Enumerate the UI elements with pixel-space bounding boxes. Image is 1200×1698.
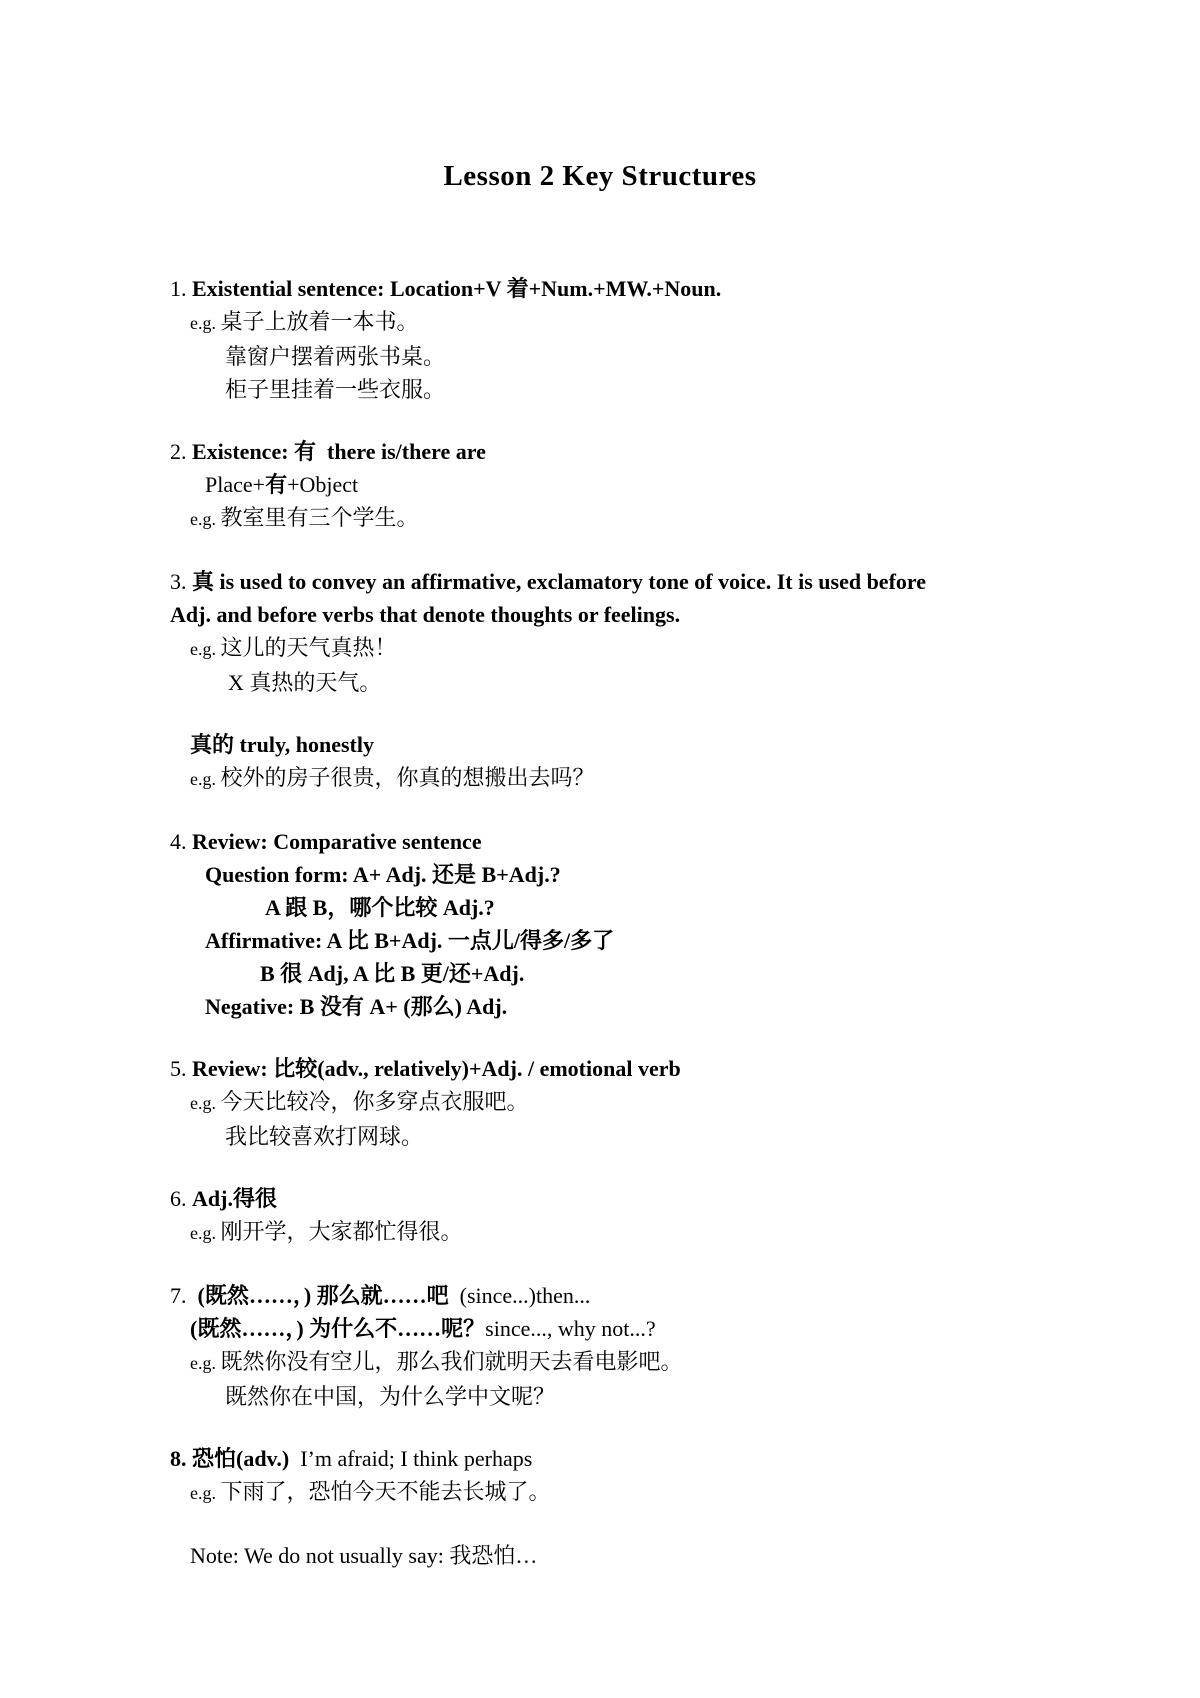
bold-text: Existential sentence: Location+V 着+Num.+… bbox=[192, 276, 721, 301]
body-text: 柜子里挂着一些衣服。 bbox=[225, 377, 445, 402]
body-text: 2. bbox=[170, 439, 192, 464]
eg-label: e.g. bbox=[190, 1223, 221, 1243]
bold-text: 真的 bbox=[190, 732, 234, 757]
document-title: Lesson 2 Key Structures bbox=[0, 160, 1200, 193]
section-existential-sentence: 1. Existential sentence: Location+V 着+Nu… bbox=[170, 272, 1170, 406]
text-line: 我比较喜欢打网球。 bbox=[225, 1120, 1170, 1153]
body-text: 6. bbox=[170, 1186, 192, 1211]
section-jiran-since: 7. (既然……，) 那么就……吧 (since...)then...(既然……… bbox=[170, 1279, 1170, 1413]
body-text: I’m afraid; I think perhaps bbox=[289, 1446, 532, 1471]
text-line: Adj. and before verbs that denote though… bbox=[170, 598, 1170, 631]
bold-text: 8. 恐怕(adv.) bbox=[170, 1446, 289, 1471]
body-text: 3. bbox=[170, 569, 192, 594]
body-text: X 真热的天气。 bbox=[228, 670, 381, 695]
text-line: 6. Adj.得很 bbox=[170, 1182, 1170, 1215]
section-zhende-truly: 真的 truly, honestlye.g. 校外的房子很贵，你真的想搬出去吗？ bbox=[170, 728, 1170, 796]
section-existence-you: 2. Existence: 有 there is/there arePlace+… bbox=[170, 435, 1170, 536]
body-text: Place+ bbox=[205, 472, 265, 497]
text-line: 既然你在中国，为什么学中文呢？ bbox=[225, 1380, 1170, 1413]
text-line: e.g. 既然你没有空儿，那么我们就明天去看电影吧。 bbox=[190, 1345, 1170, 1380]
bold-text: Adj. and before verbs that denote though… bbox=[170, 602, 680, 627]
eg-label: e.g. bbox=[190, 313, 221, 333]
text-line: A 跟 B，哪个比较 Adj.? bbox=[265, 891, 1170, 924]
bold-text: Existence: 有 there is/there are bbox=[192, 439, 486, 464]
text-line: 4. Review: Comparative sentence bbox=[170, 825, 1170, 858]
bold-text: A 跟 B，哪个比较 Adj.? bbox=[265, 895, 495, 920]
bold-text: Affirmative: A 比 B+Adj. 一点儿/得多/多了 bbox=[205, 928, 614, 953]
text-line: 靠窗户摆着两张书桌。 bbox=[225, 340, 1170, 373]
bold-text: 真 is used to convey an affirmative, excl… bbox=[192, 569, 926, 594]
eg-label: e.g. bbox=[190, 639, 221, 659]
body-text: 刚开学，大家都忙得很。 bbox=[221, 1219, 463, 1244]
body-text: 教室里有三个学生。 bbox=[221, 505, 419, 530]
eg-label: e.g. bbox=[190, 1483, 221, 1503]
bold-text: Adj.得很 bbox=[192, 1186, 277, 1211]
text-line: B 很 Adj, A 比 B 更/还+Adj. bbox=[260, 957, 1170, 990]
bold-text: truly, honestly bbox=[234, 732, 374, 757]
text-line: e.g. 今天比较冷，你多穿点衣服吧。 bbox=[190, 1085, 1170, 1120]
text-line: e.g. 教室里有三个学生。 bbox=[190, 501, 1170, 536]
section-adj-dehen: 6. Adj.得很e.g. 刚开学，大家都忙得很。 bbox=[170, 1182, 1170, 1250]
body-text: 下雨了，恐怕今天不能去长城了。 bbox=[221, 1479, 551, 1504]
text-line: X 真热的天气。 bbox=[228, 666, 1170, 699]
section-zhen-affirmative-tone: 3. 真 is used to convey an affirmative, e… bbox=[170, 565, 1170, 699]
section-note: Note: We do not usually say: 我恐怕… bbox=[170, 1539, 1170, 1572]
section-kongpa-afraid: 8. 恐怕(adv.) I’m afraid; I think perhapse… bbox=[170, 1442, 1170, 1510]
body-text: 这儿的天气真热！ bbox=[221, 635, 397, 660]
body-text: 7. bbox=[170, 1283, 198, 1308]
text-line: 2. Existence: 有 there is/there are bbox=[170, 435, 1170, 468]
eg-label: e.g. bbox=[190, 509, 221, 529]
body-text: 今天比较冷，你多穿点衣服吧。 bbox=[221, 1089, 529, 1114]
text-line: Place+有+Object bbox=[205, 468, 1170, 501]
text-line: e.g. 这儿的天气真热！ bbox=[190, 631, 1170, 666]
body-text: 4. bbox=[170, 829, 192, 854]
text-line: 柜子里挂着一些衣服。 bbox=[225, 373, 1170, 406]
body-text: 既然你在中国，为什么学中文呢？ bbox=[225, 1384, 555, 1409]
bold-text: Question form: A+ Adj. 还是 B+Adj.? bbox=[205, 862, 561, 887]
body-text: (since...)then... bbox=[449, 1283, 591, 1308]
text-line: Note: We do not usually say: 我恐怕… bbox=[190, 1539, 1170, 1572]
bold-text: (既然……，) 为什么不……呢？ bbox=[190, 1316, 485, 1341]
body-text: 靠窗户摆着两张书桌。 bbox=[225, 344, 445, 369]
text-line: 1. Existential sentence: Location+V 着+Nu… bbox=[170, 272, 1170, 305]
text-line: e.g. 刚开学，大家都忙得很。 bbox=[190, 1215, 1170, 1250]
bold-text: 有 bbox=[265, 472, 287, 497]
body-text: Note: We do not usually say: 我恐怕… bbox=[190, 1543, 537, 1568]
text-line: e.g. 桌子上放着一本书。 bbox=[190, 305, 1170, 340]
text-line: (既然……，) 为什么不……呢？since..., why not...? bbox=[190, 1312, 1170, 1345]
text-line: e.g. 下雨了，恐怕今天不能去长城了。 bbox=[190, 1475, 1170, 1510]
body-text: 我比较喜欢打网球。 bbox=[225, 1124, 423, 1149]
document-body: 1. Existential sentence: Location+V 着+Nu… bbox=[170, 272, 1170, 1601]
eg-label: e.g. bbox=[190, 769, 221, 789]
body-text: 桌子上放着一本书。 bbox=[221, 309, 419, 334]
body-text: 1. bbox=[170, 276, 192, 301]
text-line: e.g. 校外的房子很贵，你真的想搬出去吗？ bbox=[190, 761, 1170, 796]
body-text: 既然你没有空儿，那么我们就明天去看电影吧。 bbox=[221, 1349, 683, 1374]
eg-label: e.g. bbox=[190, 1093, 221, 1113]
body-text: 5. bbox=[170, 1056, 192, 1081]
text-line: 5. Review: 比较(adv., relatively)+Adj. / e… bbox=[170, 1052, 1170, 1085]
text-line: Affirmative: A 比 B+Adj. 一点儿/得多/多了 bbox=[205, 924, 1170, 957]
section-bijiao-review: 5. Review: 比较(adv., relatively)+Adj. / e… bbox=[170, 1052, 1170, 1153]
text-line: 7. (既然……，) 那么就……吧 (since...)then... bbox=[170, 1279, 1170, 1312]
bold-text: Review: 比较(adv., relatively)+Adj. / emot… bbox=[192, 1056, 681, 1081]
body-text: +Object bbox=[287, 472, 358, 497]
section-comparative-review: 4. Review: Comparative sentenceQuestion … bbox=[170, 825, 1170, 1023]
text-line: 8. 恐怕(adv.) I’m afraid; I think perhaps bbox=[170, 1442, 1170, 1475]
body-text: 校外的房子很贵，你真的想搬出去吗？ bbox=[221, 765, 595, 790]
text-line: Question form: A+ Adj. 还是 B+Adj.? bbox=[205, 858, 1170, 891]
body-text: since..., why not...? bbox=[485, 1316, 655, 1341]
eg-label: e.g. bbox=[190, 1353, 221, 1373]
bold-text: (既然……，) 那么就……吧 bbox=[198, 1283, 449, 1308]
text-line: 3. 真 is used to convey an affirmative, e… bbox=[170, 565, 1170, 598]
text-line: 真的 truly, honestly bbox=[190, 728, 1170, 761]
bold-text: Negative: B 没有 A+ (那么) Adj. bbox=[205, 994, 507, 1019]
text-line: Negative: B 没有 A+ (那么) Adj. bbox=[205, 990, 1170, 1023]
bold-text: B 很 Adj, A 比 B 更/还+Adj. bbox=[260, 961, 524, 986]
bold-text: Review: Comparative sentence bbox=[192, 829, 482, 854]
